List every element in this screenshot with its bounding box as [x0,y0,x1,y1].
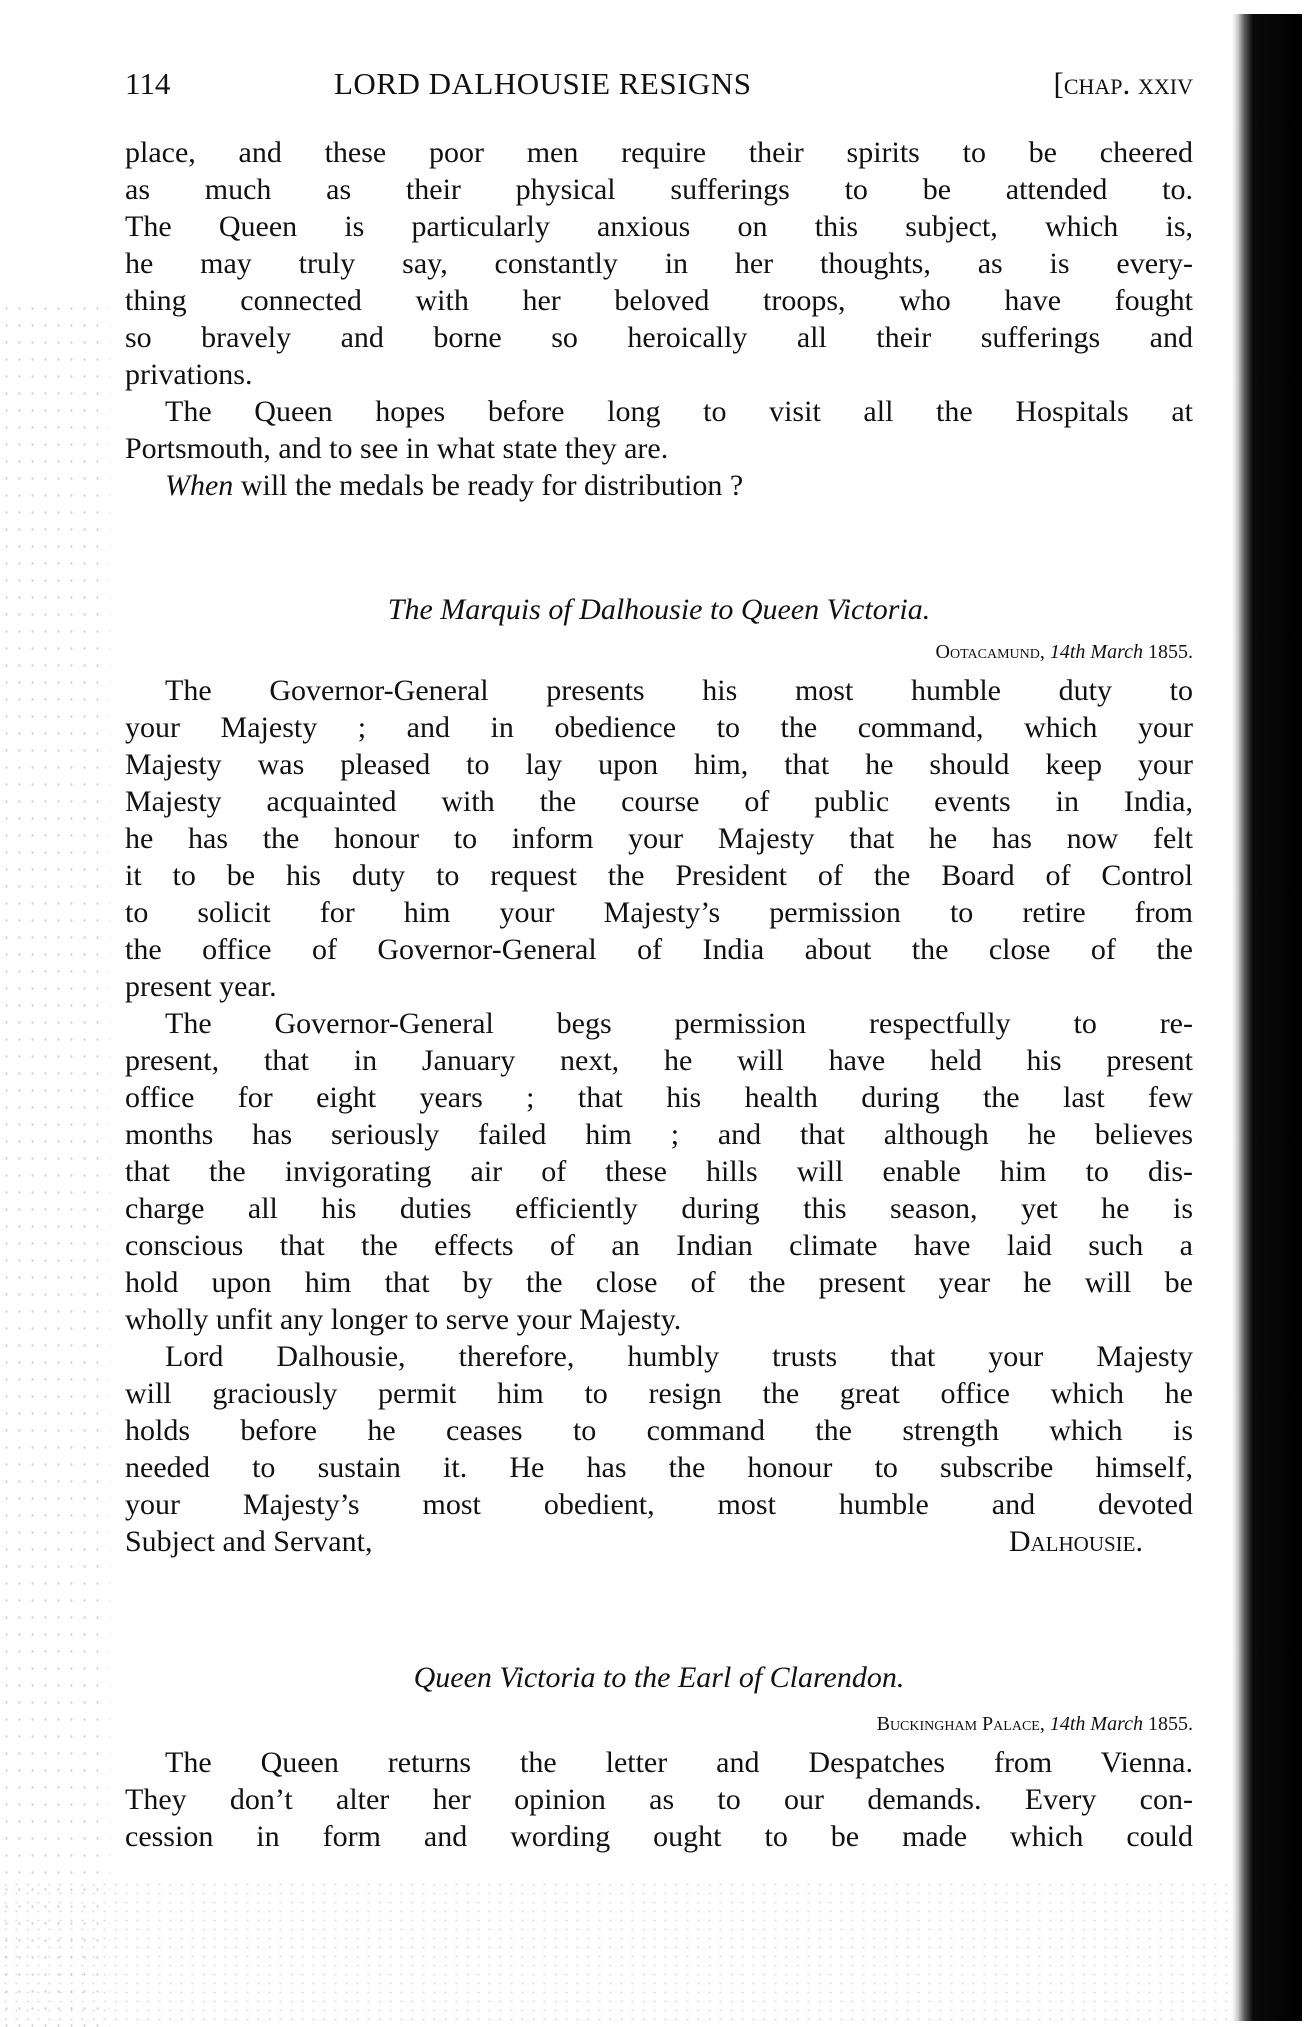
text-line: The Governor-General begs permission res… [125,1005,1193,1042]
text-line: Majesty acquainted with the course of pu… [125,783,1193,820]
closing-text: Subject and Servant, [125,1525,372,1558]
dateline-month: March [1090,1713,1143,1735]
text-line: needed to sustain it. He has the honour … [125,1449,1193,1486]
text-line: They don’t alter her opinion as to our d… [125,1781,1193,1818]
text-line: Lord Dalhousie, therefore, humbly trusts… [125,1338,1193,1375]
signature: Dalhousie. [1009,1523,1143,1560]
text-line: The Queen returns the letter and Despatc… [125,1744,1193,1781]
dateline-month: March [1090,641,1143,663]
text-line: conscious that the effects of an Indian … [125,1227,1193,1264]
text-line: privations. [125,356,1193,393]
dateline-place: Ootacamund, [936,641,1045,663]
running-title: LORD DALHOUSIE RESIGNS [334,64,751,104]
italic-emphasis: When [165,469,233,502]
text-line: thing connected with her beloved troops,… [125,282,1193,319]
dateline-year: 1855. [1148,1713,1193,1735]
text-line: wholly unfit any longer to serve your Ma… [125,1301,1193,1338]
text-line: to solicit for him your Majesty’s permis… [125,894,1193,931]
text-line: your Majesty ; and in obedience to the c… [125,709,1193,746]
letter-dateline: Ootacamund, 14th March 1855. [936,638,1193,666]
text-line: he may truly say, constantly in her thou… [125,245,1193,282]
text-line: will graciously permit him to resign the… [125,1375,1193,1412]
book-page: 114 LORD DALHOUSIE RESIGNS [chap. xxiv p… [0,0,1311,2027]
scan-noise-bottom [0,1880,1230,2027]
closing-line: Subject and Servant, Dalhousie. [125,1523,1193,1560]
text-span: will the medals be ready for distributio… [233,469,743,502]
text-line: so bravely and borne so heroically all t… [125,319,1193,356]
page-gutter-shadow [1232,14,1302,2021]
dateline-year: 1855. [1148,641,1193,663]
letter-heading-text: The Marquis of Dalhousie to Queen Victor… [388,593,930,626]
page-number: 114 [125,64,170,104]
text-line: charge all his duties efficiently during… [125,1190,1193,1227]
text-line: present year. [125,968,1193,1005]
scan-noise-left [0,300,110,2027]
dateline-day: 14th [1050,641,1086,663]
text-line: present, that in January next, he will h… [125,1042,1193,1079]
text-line: the office of Governor-General of India … [125,931,1193,968]
letter-body: The Queen returns the letter and Despatc… [125,1744,1193,1855]
text-line: The Queen hopes before long to visit all… [125,393,1193,430]
text-line: it to be his duty to request the Preside… [125,857,1193,894]
letter-heading: The Marquis of Dalhousie to Queen Victor… [125,590,1193,630]
text-line: holds before he ceases to command the st… [125,1412,1193,1449]
text-line: office for eight years ; that his health… [125,1079,1193,1116]
chapter-label: [chap. xxiv [1054,64,1194,104]
text-line: your Majesty’s most obedient, most humbl… [125,1486,1193,1523]
dateline-day: 14th [1050,1713,1086,1735]
running-head: 114 LORD DALHOUSIE RESIGNS [chap. xxiv [125,64,1193,104]
text-line: hold upon him that by the close of the p… [125,1264,1193,1301]
letter-heading-text: Queen Victoria to the Earl of Clarendon. [414,1661,905,1694]
text-line: that the invigorating air of these hills… [125,1153,1193,1190]
dateline-place: Buckingham Palace, [877,1713,1045,1735]
text-line: Majesty was pleased to lay upon him, tha… [125,746,1193,783]
text-line: Portsmouth, and to see in what state the… [125,430,1193,467]
text-line: place, and these poor men require their … [125,134,1193,171]
letter-dateline: Buckingham Palace, 14th March 1855. [877,1710,1193,1738]
continued-letter: place, and these poor men require their … [125,134,1193,504]
text-line: as much as their physical sufferings to … [125,171,1193,208]
letter-heading: Queen Victoria to the Earl of Clarendon. [125,1658,1193,1698]
letter-body: The Governor-General presents his most h… [125,672,1193,1560]
text-line: months has seriously failed him ; and th… [125,1116,1193,1153]
text-line: cession in form and wording ought to be … [125,1818,1193,1855]
text-line: When will the medals be ready for distri… [125,467,1193,504]
text-line: The Queen is particularly anxious on thi… [125,208,1193,245]
text-line: he has the honour to inform your Majesty… [125,820,1193,857]
text-line: The Governor-General presents his most h… [125,672,1193,709]
